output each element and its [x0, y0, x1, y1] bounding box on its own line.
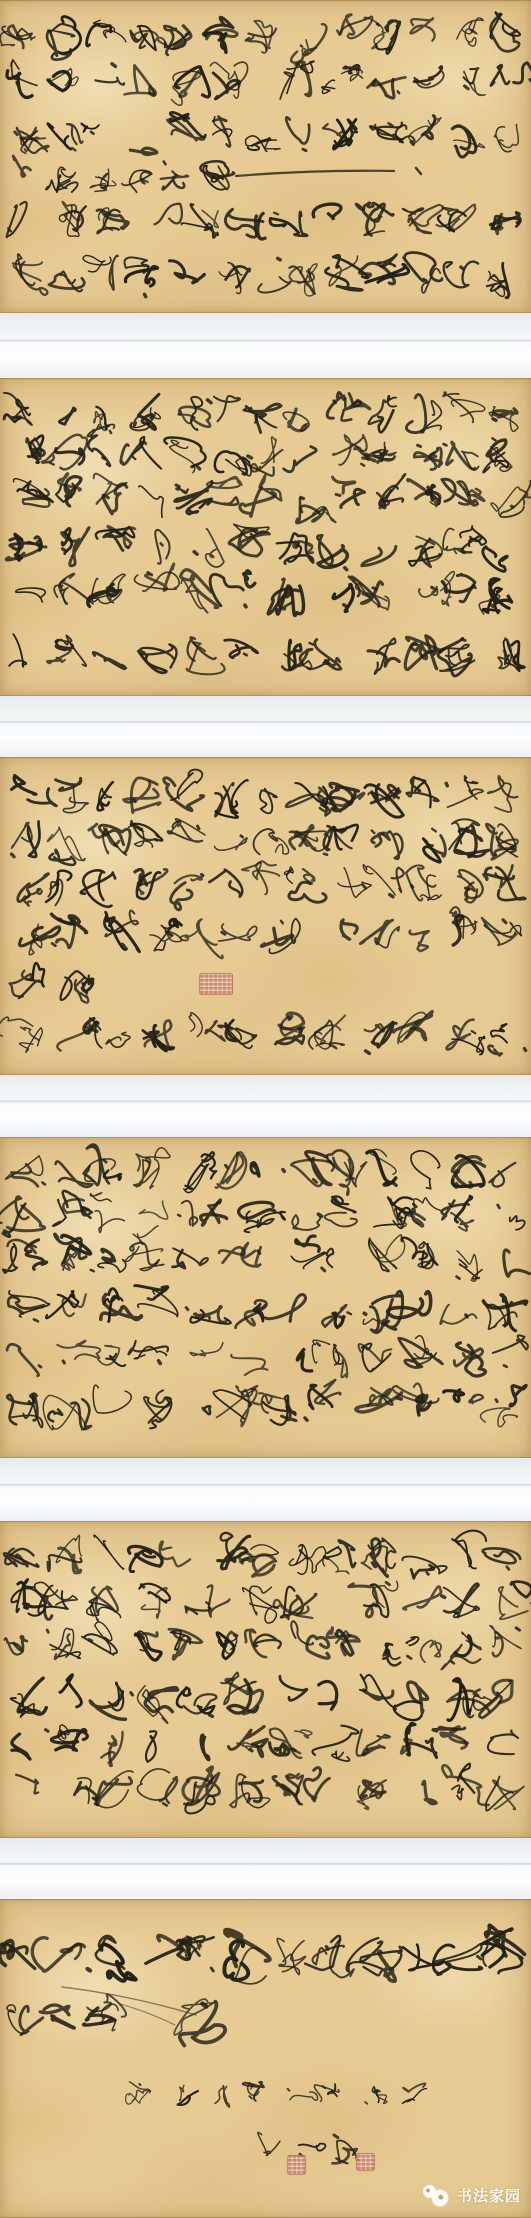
calligraphy-panel-5 [0, 1521, 531, 1838]
ink-strokes-layer [0, 757, 531, 1075]
red-artist-seal-1 [287, 2155, 306, 2175]
watermark-label: 书法家园 [457, 2185, 521, 2206]
red-collector-seal [199, 973, 233, 995]
ink-strokes-layer [0, 378, 531, 696]
red-artist-seal-2 [356, 2153, 375, 2171]
ink-strokes-layer [0, 1899, 531, 2218]
calligraphy-panel-1 [0, 0, 531, 313]
ink-strokes-layer [0, 1137, 531, 1458]
mounting-gap [0, 1838, 531, 1899]
calligraphy-panel-2 [0, 378, 531, 696]
calligraphy-panel-6 [0, 1899, 531, 2218]
calligraphy-scroll-photo: 书法家园 [0, 0, 531, 2218]
mounting-gap [0, 313, 531, 378]
mounting-gap [0, 1458, 531, 1521]
ink-strokes-layer [0, 0, 531, 313]
site-watermark: 书法家园 [423, 2184, 521, 2207]
mounting-gap [0, 696, 531, 757]
mounting-gap [0, 1075, 531, 1137]
calligraphy-panel-4 [0, 1137, 531, 1458]
calligraphy-panel-3 [0, 757, 531, 1075]
double-seal-logo-icon [423, 2184, 450, 2207]
ink-strokes-layer [0, 1521, 531, 1838]
